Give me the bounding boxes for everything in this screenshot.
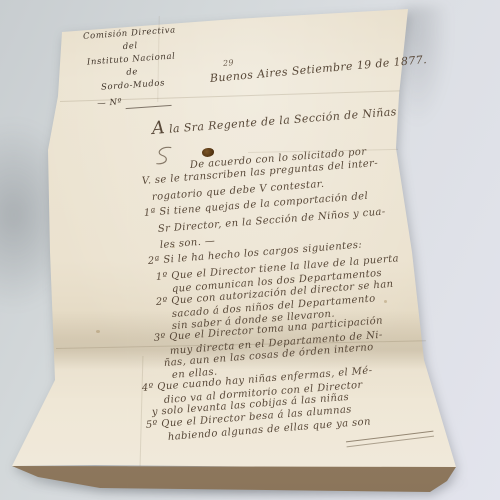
age-speck — [96, 330, 100, 333]
letter-body-lower: 1º Que el Director tiene la llave de la … — [142, 272, 434, 444]
photo-scene: Comisión Directiva del Instituto Naciona… — [0, 0, 500, 500]
letterhead-stamp: Comisión Directiva del Instituto Naciona… — [65, 23, 198, 113]
page-number-note: 29 — [223, 58, 235, 68]
letterhead-number-label: — Nº — [97, 96, 123, 111]
